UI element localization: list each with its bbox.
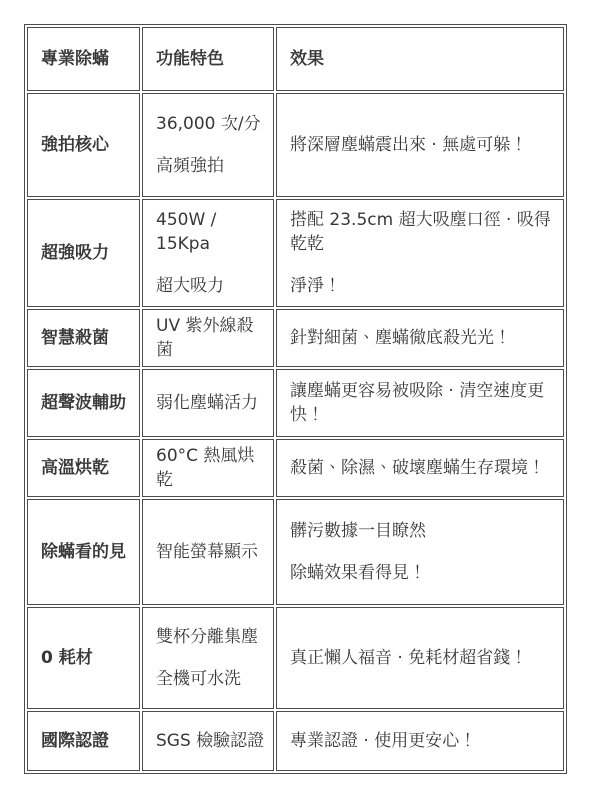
row-feature-cell: 450W / 15Kpa 超大吸力 <box>142 199 274 307</box>
row-feature-cell: 弱化塵蟎活力 <box>142 369 274 437</box>
effect-line: 除蟎效果看得見！ <box>290 561 555 585</box>
effect-line: 讓塵蟎更容易被吸除 · 清空速度更快！ <box>290 379 555 427</box>
row-effect-cell: 搭配 23.5cm 超大吸塵口徑 · 吸得乾乾 淨淨！ <box>276 199 564 307</box>
row-effect-cell: 針對細菌、塵蟎徹底殺光光！ <box>276 309 564 367</box>
effect-line: 針對細菌、塵蟎徹底殺光光！ <box>290 326 555 350</box>
row-effect-cell: 將深層塵蟎震出來 · 無處可躲！ <box>276 93 564 197</box>
feature-line: 弱化塵蟎活力 <box>156 391 265 415</box>
product-feature-table: 專業除蟎 功能特色 效果 強拍核心 36,000 次/分 高頻強拍 將深層塵蟎震… <box>24 24 567 774</box>
row-category-cell: 超強吸力 <box>27 199 140 307</box>
feature-line: 60°C 熱風烘乾 <box>156 444 265 492</box>
row-category-cell: 0 耗材 <box>27 607 140 709</box>
table-row: 超聲波輔助 弱化塵蟎活力 讓塵蟎更容易被吸除 · 清空速度更快！ <box>27 369 564 437</box>
header-row: 專業除蟎 功能特色 效果 <box>27 27 564 91</box>
row-feature-cell: 36,000 次/分 高頻強拍 <box>142 93 274 197</box>
row-effect-cell: 真正懶人福音 · 免耗材超省錢！ <box>276 607 564 709</box>
row-effect-cell: 讓塵蟎更容易被吸除 · 清空速度更快！ <box>276 369 564 437</box>
row-feature-cell: 智能螢幕顯示 <box>142 499 274 605</box>
effect-line: 專業認證 · 使用更安心！ <box>290 729 555 753</box>
table-row: 除蟎看的見 智能螢幕顯示 髒污數據一目瞭然 除蟎效果看得見！ <box>27 499 564 605</box>
effect-line: 淨淨！ <box>290 274 555 298</box>
row-feature-cell: UV 紫外線殺菌 <box>142 309 274 367</box>
table-row: 0 耗材 雙杯分離集塵 全機可水洗 真正懶人福音 · 免耗材超省錢！ <box>27 607 564 709</box>
effect-line: 髒污數據一目瞭然 <box>290 519 555 543</box>
feature-line: 高頻強拍 <box>156 154 265 178</box>
feature-line: SGS 檢驗認證 <box>156 729 265 753</box>
row-feature-cell: 60°C 熱風烘乾 <box>142 439 274 497</box>
row-category-cell: 強拍核心 <box>27 93 140 197</box>
row-effect-cell: 殺菌、除濕、破壞塵蟎生存環境！ <box>276 439 564 497</box>
feature-line: 450W / 15Kpa <box>156 208 265 256</box>
row-category-cell: 國際認證 <box>27 711 140 771</box>
table-row: 國際認證 SGS 檢驗認證 專業認證 · 使用更安心！ <box>27 711 564 771</box>
row-category-cell: 除蟎看的見 <box>27 499 140 605</box>
row-category-cell: 超聲波輔助 <box>27 369 140 437</box>
header-category-cell: 專業除蟎 <box>27 27 140 91</box>
header-feature-cell: 功能特色 <box>142 27 274 91</box>
row-category-cell: 高溫烘乾 <box>27 439 140 497</box>
row-category-cell: 智慧殺菌 <box>27 309 140 367</box>
row-feature-cell: 雙杯分離集塵 全機可水洗 <box>142 607 274 709</box>
effect-line: 將深層塵蟎震出來 · 無處可躲！ <box>290 133 555 157</box>
row-effect-cell: 專業認證 · 使用更安心！ <box>276 711 564 771</box>
table-row: 超強吸力 450W / 15Kpa 超大吸力 搭配 23.5cm 超大吸塵口徑 … <box>27 199 564 307</box>
table-row: 高溫烘乾 60°C 熱風烘乾 殺菌、除濕、破壞塵蟎生存環境！ <box>27 439 564 497</box>
table-row: 智慧殺菌 UV 紫外線殺菌 針對細菌、塵蟎徹底殺光光！ <box>27 309 564 367</box>
effect-line: 真正懶人福音 · 免耗材超省錢！ <box>290 646 555 670</box>
header-effect-cell: 效果 <box>276 27 564 91</box>
feature-line: UV 紫外線殺菌 <box>156 314 265 362</box>
row-feature-cell: SGS 檢驗認證 <box>142 711 274 771</box>
feature-line: 全機可水洗 <box>156 667 265 691</box>
effect-line: 搭配 23.5cm 超大吸塵口徑 · 吸得乾乾 <box>290 208 555 256</box>
feature-line: 超大吸力 <box>156 274 265 298</box>
table-row: 強拍核心 36,000 次/分 高頻強拍 將深層塵蟎震出來 · 無處可躲！ <box>27 93 564 197</box>
feature-line: 智能螢幕顯示 <box>156 540 265 564</box>
feature-line: 雙杯分離集塵 <box>156 625 265 649</box>
row-effect-cell: 髒污數據一目瞭然 除蟎效果看得見！ <box>276 499 564 605</box>
feature-line: 36,000 次/分 <box>156 112 265 136</box>
effect-line: 殺菌、除濕、破壞塵蟎生存環境！ <box>290 456 555 480</box>
